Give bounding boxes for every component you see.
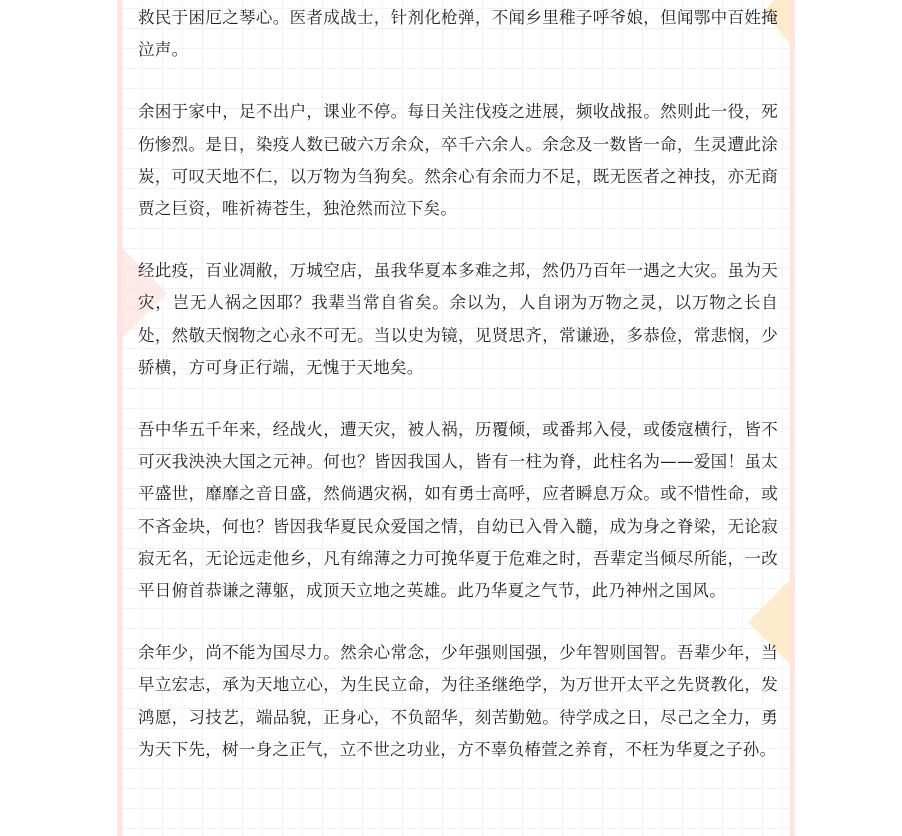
paragraph: 救民于困厄之琴心。医者成战士，针剂化枪弹，不闻乡里稚子呼爷娘，但闻鄂中百姓掩泣声…	[138, 2, 778, 66]
article-body: 救民于困厄之琴心。医者成战士，针剂化枪弹，不闻乡里稚子呼爷娘，但闻鄂中百姓掩泣声…	[138, 2, 778, 796]
paragraph: 经此疫，百业凋敝，万城空店，虽我华夏本多难之邦，然仍乃百年一遇之大灾。虽为天灾，…	[138, 255, 778, 384]
paragraph: 余困于家中，足不出户，课业不停。每日关注伐疫之进展，频收战报。然则此一役，死伤惨…	[138, 96, 778, 225]
paragraph: 余年少，尚不能为国尽力。然余心常念，少年强则国强，少年智则国智。吾辈少年，当早立…	[138, 637, 778, 766]
article-card: 救民于困厄之琴心。医者成战士，针剂化枪弹，不闻乡里稚子呼爷娘，但闻鄂中百姓掩泣声…	[117, 0, 795, 836]
paragraph: 吾中华五千年来，经战火，遭天灾，被人祸，历覆倾，或番邦入侵，或倭寇横行，皆不可灭…	[138, 414, 778, 607]
